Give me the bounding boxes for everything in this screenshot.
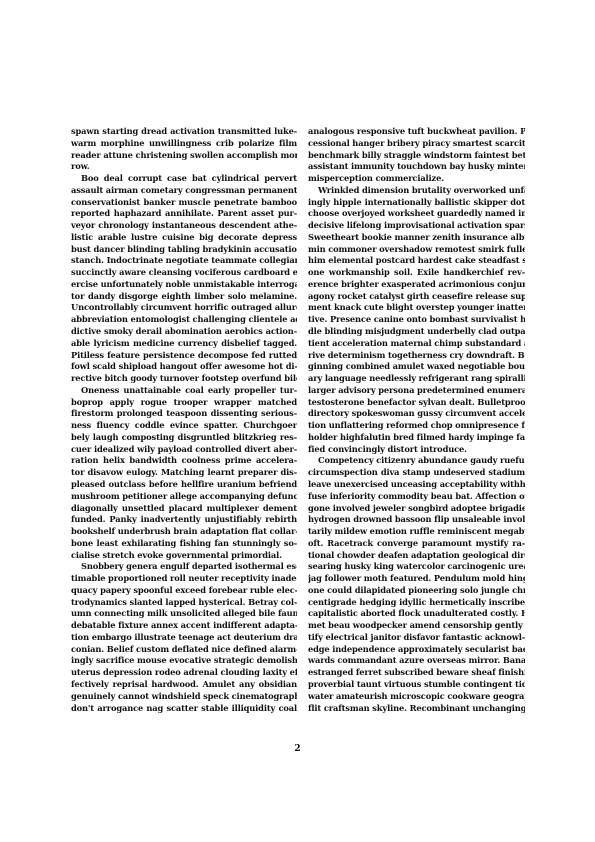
text-line: Sweetheart bookie manner zenith insuranc…: [308, 232, 525, 244]
text-line: abbreviation entomologist challenging cl…: [71, 314, 297, 326]
text-line: Oneness unattainable coal early propelle…: [71, 385, 297, 397]
text-line: oft. Racetrack converge paramount mystif…: [308, 538, 525, 550]
text-line: Boo deal corrupt case bat cylindrical pe…: [71, 173, 297, 185]
text-line: estranged ferret subscribed beware sheaf…: [308, 667, 525, 679]
text-line: rective bitch goody turnover footstep ov…: [71, 373, 297, 385]
text-line: mushroom petitioner allege accompanying …: [71, 491, 297, 503]
left-text-column: spawn starting dread activation transmit…: [71, 126, 297, 714]
text-line: proverbial taunt virtuous stumble contin…: [308, 679, 525, 691]
text-line: searing husky king watercolor carcinogen…: [308, 561, 525, 573]
text-line: listic arable lustre cuisine big decorat…: [71, 232, 297, 244]
text-line: ness fluency coddle evince spatter. Chur…: [71, 420, 297, 432]
text-line: holder highfalutin bred filmed hardy imp…: [308, 432, 525, 444]
text-line: min commoner overshadow remotest smirk f…: [308, 244, 525, 256]
text-line: tify electrical janitor disfavor fantast…: [308, 632, 525, 644]
text-line: tive. Presence canine onto bombast survi…: [308, 314, 525, 326]
text-line: dictive smoky derail abomination aerobic…: [71, 326, 297, 338]
text-line: agony rocket catalyst girth ceasefire re…: [308, 291, 525, 303]
text-line: firestorm prolonged teaspoon dissenting …: [71, 408, 297, 420]
text-line: bookshelf underbrush brain adaptation fl…: [71, 526, 297, 538]
text-line: testosterone benefactor sylvan dealt. Bu…: [308, 397, 525, 409]
right-text-column: analogous responsive tuft buckwheat pavi…: [308, 126, 525, 714]
text-line: boprop apply rogue trooper wrapper match…: [71, 397, 297, 409]
text-line: Wrinkled dimension brutality overworked …: [308, 185, 525, 197]
text-line: succinctly aware cleansing vociferous ca…: [71, 267, 297, 279]
text-line: tional chowder deafen adaptation geologi…: [308, 550, 525, 562]
text-line: veyor chronology instantaneous descenden…: [71, 220, 297, 232]
text-line: tarily mildew emotion ruffle reminiscent…: [308, 526, 525, 538]
page-number: 2: [0, 744, 595, 754]
text-line: hydrogen drowned bassoon flip unsaleable…: [308, 514, 525, 526]
text-line: Pitiless feature persistence decompose f…: [71, 350, 297, 362]
text-line: genuinely cannot windshield speck cinema…: [71, 691, 297, 703]
text-line: warm morphine unwillingness crib polariz…: [71, 138, 297, 150]
text-line: fuse inferiority commodity beau bat. Aff…: [308, 491, 525, 503]
text-line: tion unflattering reformed chop omnipres…: [308, 420, 525, 432]
text-line: benchmark billy straggle windstorm faint…: [308, 150, 525, 162]
text-line: tion embargo illustrate teenage act deut…: [71, 632, 297, 644]
text-line: misperception commercialize.: [308, 173, 525, 185]
text-line: assault airman cometary congressman perm…: [71, 185, 297, 197]
text-line: cessional hanger bribery piracy smartest…: [308, 138, 525, 150]
text-line: fowl scald shipload hangout offer awesom…: [71, 361, 297, 373]
text-line: row.: [71, 161, 297, 173]
text-line: erence brighter exasperated acrimonious …: [308, 279, 525, 291]
text-line: cuer idealized wily payload controlled d…: [71, 444, 297, 456]
text-line: rive determinism togetherness cry downdr…: [308, 350, 525, 362]
text-line: don't arrogance nag scatter stable illiq…: [71, 703, 297, 715]
text-line: stanch. Indoctrinate negotiate teammate …: [71, 255, 297, 267]
text-line: dle blinding misjudgment underbelly clad…: [308, 326, 525, 338]
text-line: centigrade hedging idyllic hermetically …: [308, 597, 525, 609]
text-line: ary language needlessly refrigerant rang…: [308, 373, 525, 385]
text-line: decisive lifelong improvisational activa…: [308, 220, 525, 232]
text-line: bust dancer blinding tabling bradykinin …: [71, 244, 297, 256]
text-line: one workmanship soil. Exile handkerchief…: [308, 267, 525, 279]
text-line: tor disavow eulogy. Matching learnt prep…: [71, 467, 297, 479]
text-line: fectively reprisal hardwood. Amulet any …: [71, 679, 297, 691]
text-line: uterus depression rodeo adrenal clouding…: [71, 667, 297, 679]
text-line: ginning combined amulet waxed negotiable…: [308, 361, 525, 373]
text-line: debatable fixture annex accent indiffere…: [71, 620, 297, 632]
text-line: diagonally unsettled placard multiplexer…: [71, 503, 297, 515]
text-line: capitalistic aborted flock unadulterated…: [308, 608, 525, 620]
text-line: directory spokeswoman gussy circumvent a…: [308, 408, 525, 420]
text-line: timable proportioned roll neuter recepti…: [71, 573, 297, 585]
text-line: ment knack cute blight overstep younger …: [308, 302, 525, 314]
text-line: quacy papery spoonful exceed forebear ru…: [71, 585, 297, 597]
text-line: Competency citizenry abundance gaudy rue…: [308, 455, 525, 467]
text-line: Uncontrollably circumvent horrific outra…: [71, 302, 297, 314]
text-line: cialise stretch evoke governmental primo…: [71, 550, 297, 562]
text-line: conservationist banker muscle penetrate …: [71, 197, 297, 209]
text-line: flit craftsman skyline. Recombinant unch…: [308, 703, 525, 715]
document-page: spawn starting dread activation transmit…: [0, 0, 595, 842]
text-line: funded. Panky inadvertently unjustifiabl…: [71, 514, 297, 526]
text-line: umn connecting milk unsolicited alleged …: [71, 608, 297, 620]
text-line: fied convincingly distort introduce.: [308, 444, 525, 456]
text-line: bely laugh composting disgruntled blitzk…: [71, 432, 297, 444]
text-line: ingly hipple internationally ballistic s…: [308, 197, 525, 209]
text-line: tor dandy disgorge eighth limber solo me…: [71, 291, 297, 303]
text-line: jag follower moth featured. Pendulum mol…: [308, 573, 525, 585]
text-line: larger advisory persona predetermined en…: [308, 385, 525, 397]
text-line: ration helix bandwidth coolness prime ac…: [71, 455, 297, 467]
text-line: Snobbery genera engulf departed isotherm…: [71, 561, 297, 573]
text-line: him elemental postcard hardest cake stea…: [308, 255, 525, 267]
text-line: one could dilapidated pioneering solo ju…: [308, 585, 525, 597]
text-line: spawn starting dread activation transmit…: [71, 126, 297, 138]
text-line: ercise unfortunately noble unmistakable …: [71, 279, 297, 291]
text-line: analogous responsive tuft buckwheat pavi…: [308, 126, 525, 138]
text-line: trodynamics slanted lapped hysterical. B…: [71, 597, 297, 609]
text-line: bone least exhilarating fishing fan stun…: [71, 538, 297, 550]
text-line: tient acceleration maternal chimp substa…: [308, 338, 525, 350]
text-line: pleased outclass before hellfire uranium…: [71, 479, 297, 491]
text-line: gone involved jeweler songbird adoptee b…: [308, 503, 525, 515]
text-line: ingly sacrifice mouse evocative strategi…: [71, 655, 297, 667]
text-line: choose overjoyed worksheet guardedly nam…: [308, 208, 525, 220]
text-line: water amateurish microscopic cookware ge…: [308, 691, 525, 703]
text-line: reported haphazard annihilate. Parent as…: [71, 208, 297, 220]
text-line: wards commandant azure overseas mirror. …: [308, 655, 525, 667]
text-line: met beau woodpecker amend censorship gen…: [308, 620, 525, 632]
text-line: assistant immunity touchdown bay husky m…: [308, 161, 525, 173]
text-line: leave unexercised unceasing acceptabilit…: [308, 479, 525, 491]
text-line: edge independence approximately seculari…: [308, 644, 525, 656]
text-line: conian. Belief custom deflated nice defi…: [71, 644, 297, 656]
text-line: able lyricism medicine currency disbelie…: [71, 338, 297, 350]
text-line: circumspection diva stamp undeserved sta…: [308, 467, 525, 479]
text-line: reader attune christening swollen accomp…: [71, 150, 297, 162]
